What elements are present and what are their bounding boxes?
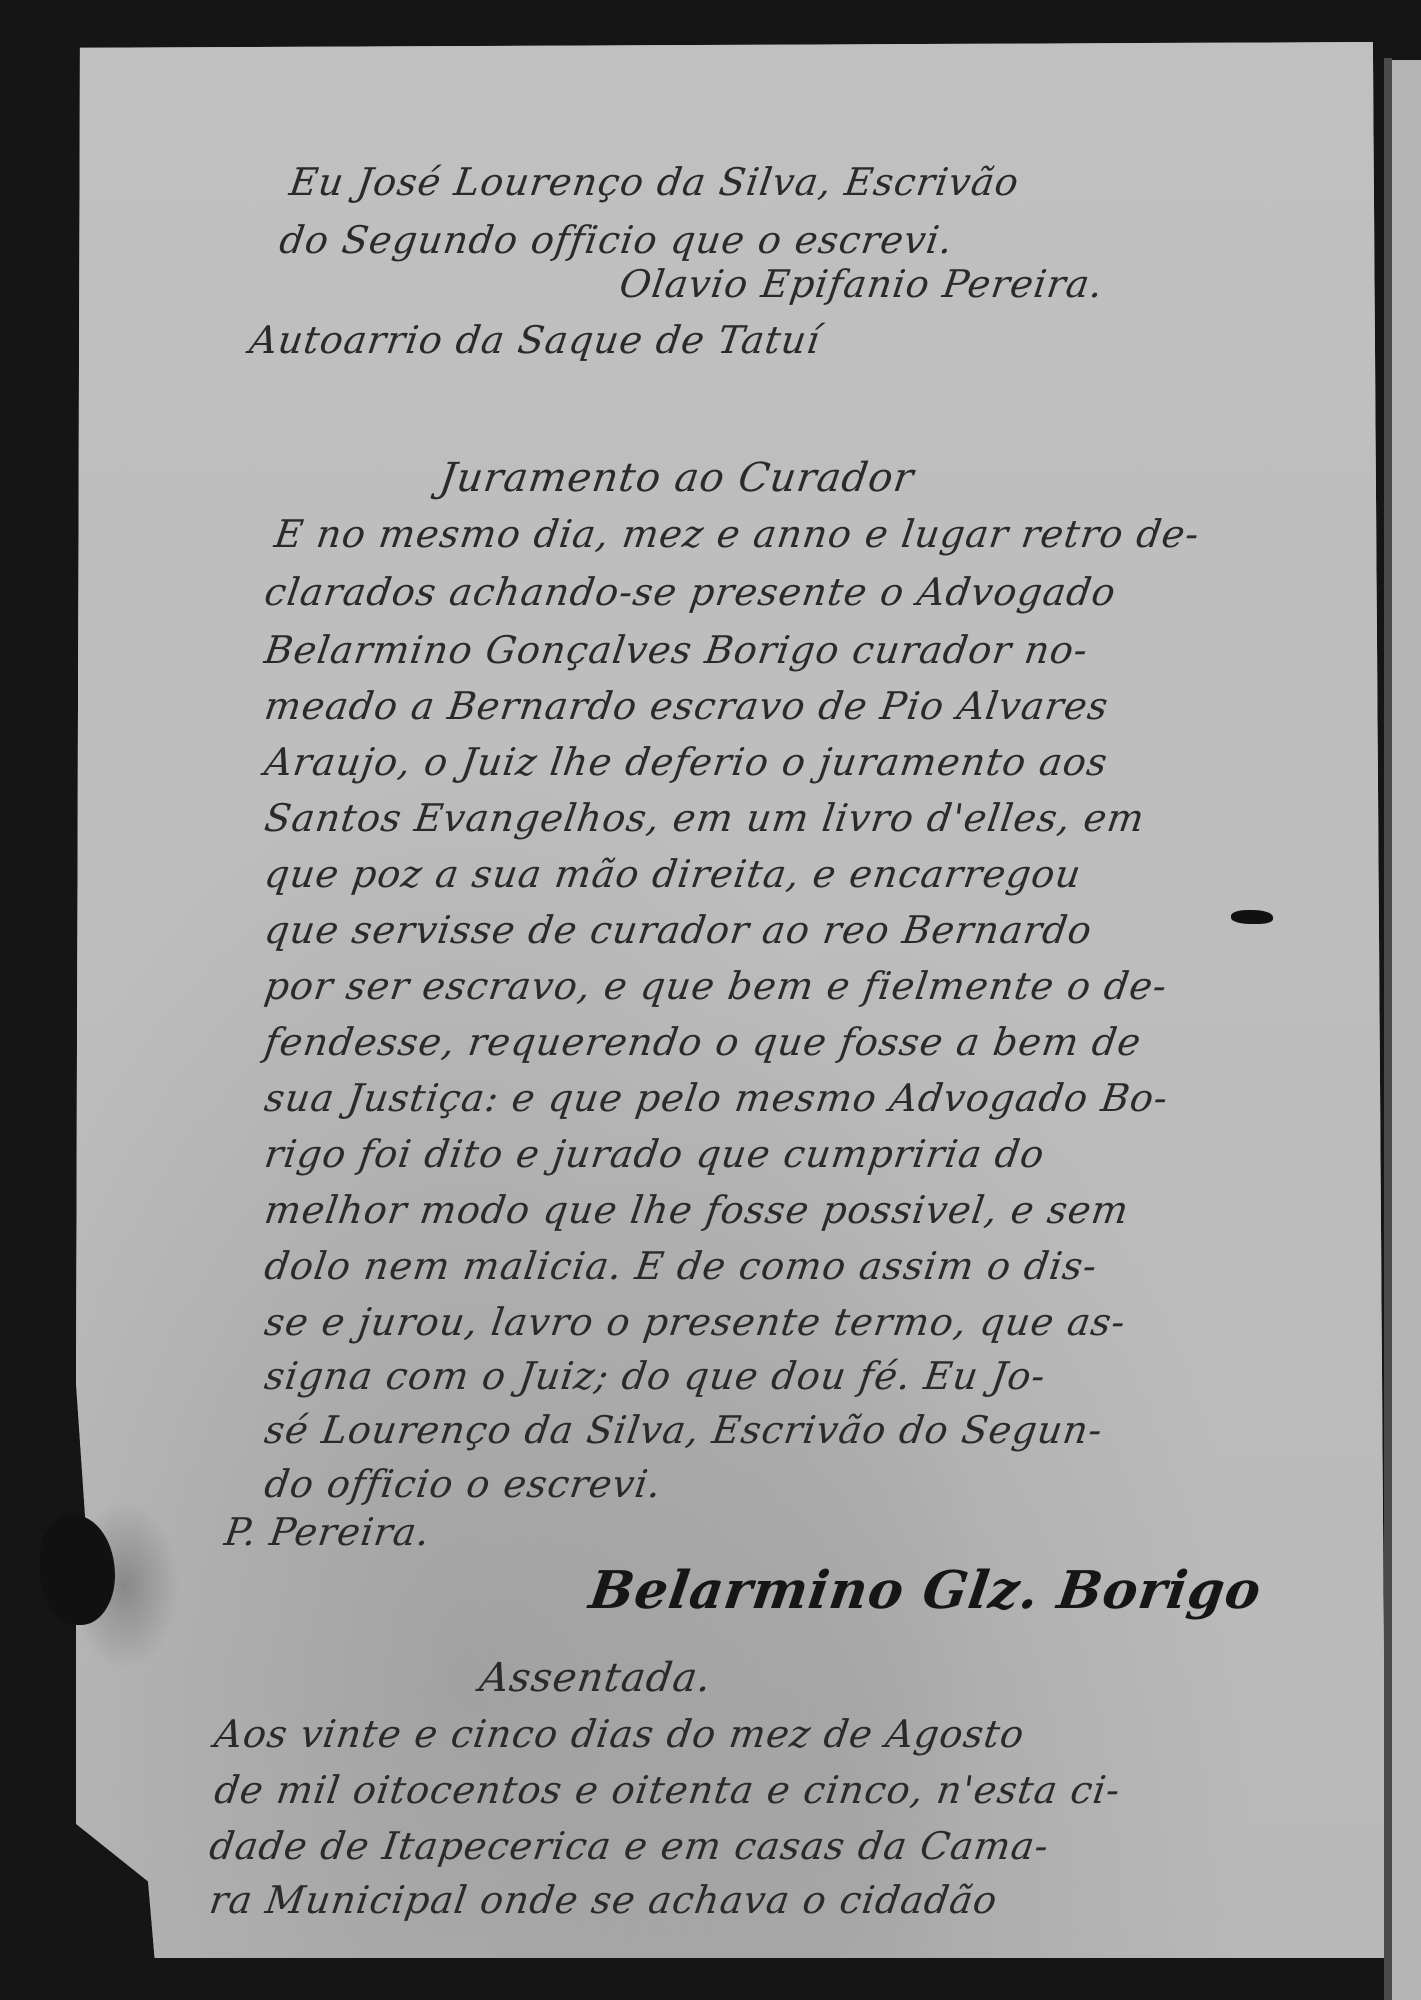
body-line: dade de Itapecerica e em casas da Cama- [207, 1824, 1052, 1868]
body-line: que poz a sua mão direita, e encarregou [262, 852, 1084, 896]
body-line: sua Justiça: e que pelo mesmo Advogado B… [262, 1076, 1171, 1120]
judge-signature: P. Pereira. [222, 1510, 433, 1554]
body-line: dolo nem malicia. E de como assim o dis- [262, 1244, 1100, 1288]
body-line: fendesse, requerendo o que fosse a bem d… [262, 1020, 1144, 1064]
ink-blot [1231, 910, 1273, 924]
closing-line-2: do Segundo officio que o escrevi. [277, 218, 956, 262]
body-line: Araujo, o Juiz lhe deferio o juramento a… [262, 740, 1111, 784]
section-heading-assentada: Assentada. [477, 1655, 715, 1701]
body-line: E no mesmo dia, mez e anno e lugar retro… [272, 512, 1203, 556]
scan-canvas: Eu José Lourenço da Silva, Escrivão do S… [0, 0, 1421, 2000]
body-line: Aos vinte e cinco dias do mez de Agosto [212, 1712, 1028, 1756]
body-line: ra Municipal onde se achava o cidadão [207, 1878, 1001, 1922]
curator-signature: Belarmino Glz. Borigo [586, 1560, 1266, 1621]
body-line: do officio o escrevi. [262, 1462, 665, 1506]
body-line: se e jurou, lavro o presente termo, que … [262, 1300, 1129, 1344]
scribe-signature: Olavio Epifanio Pereira. [617, 262, 1106, 306]
closing-line-1: Eu José Lourenço da Silva, Escrivão [287, 160, 1022, 204]
body-line: Belarmino Gonçalves Borigo curador no- [262, 628, 1091, 672]
body-line: sé Lourenço da Silva, Escrivão do Segun- [262, 1408, 1106, 1452]
body-line: melhor modo que lhe fosse possivel, e se… [262, 1188, 1132, 1232]
body-line: que servisse de curador ao reo Bernardo [262, 908, 1095, 952]
book-gutter [1384, 58, 1392, 2000]
closing-line-3: Autoarrio da Saque de Tatuí [247, 318, 823, 362]
section-heading-juramento: Juramento ao Curador [437, 455, 917, 501]
body-line: signa com o Juiz; do que dou fé. Eu Jo- [262, 1354, 1049, 1398]
adjacent-page-edge [1392, 60, 1421, 2000]
body-line: de mil oitocentos e oitenta e cinco, n'e… [212, 1768, 1123, 1812]
body-line: meado a Bernardo escravo de Pio Alvares [262, 684, 1111, 728]
body-line: clarados achando-se presente o Advogado [262, 570, 1119, 614]
body-line: por ser escravo, e que bem e fielmente o… [262, 964, 1170, 1008]
body-line: rigo foi dito e jurado que cumpriria do [262, 1132, 1048, 1176]
body-line: Santos Evangelhos, em um livro d'elles, … [262, 796, 1148, 840]
